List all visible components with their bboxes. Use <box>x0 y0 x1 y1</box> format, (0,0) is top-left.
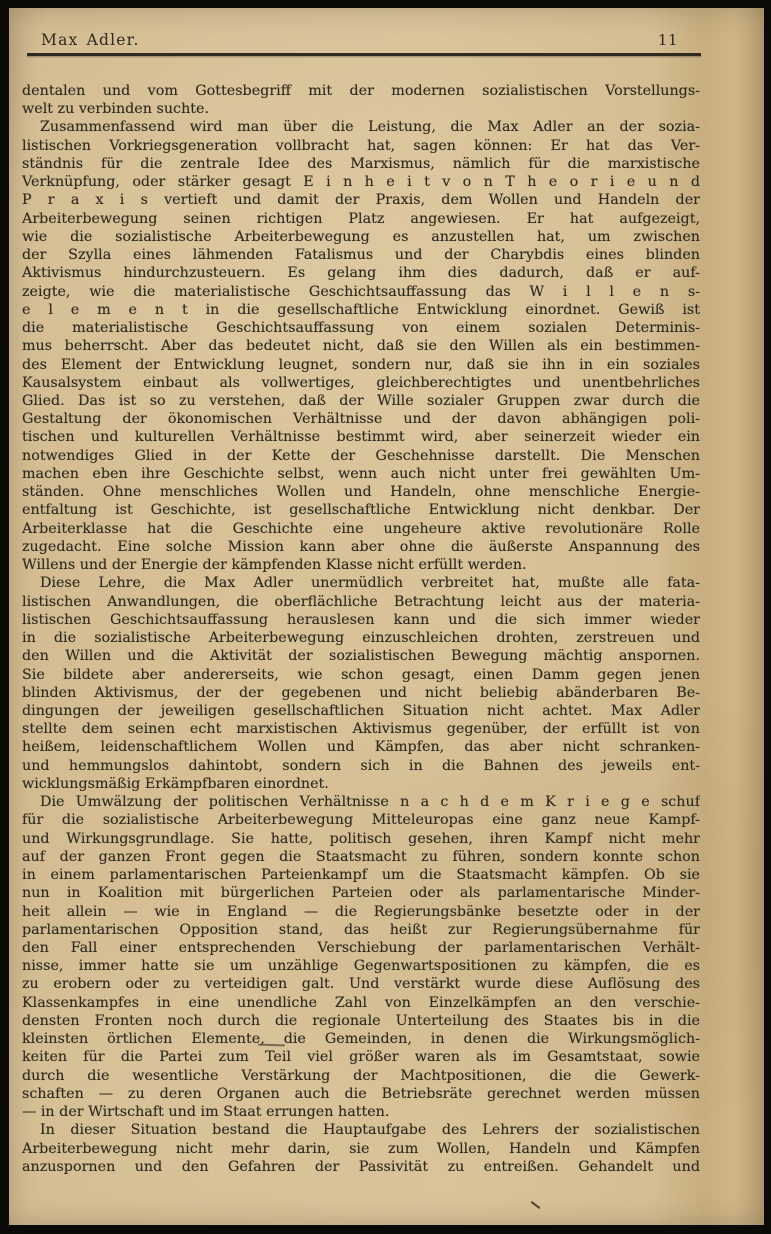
text-line: und Wirkungsgrundlage. Sie hatte, politi… <box>22 830 700 848</box>
text-line: dingungen der jeweiligen gesellschaftlic… <box>22 702 700 720</box>
text-line: — in der Wirtschaft und im Staat errunge… <box>22 1103 700 1121</box>
text-line: welt zu verbinden suchte. <box>22 100 700 118</box>
text-line: Diese Lehre, die Max Adler unermüdlich v… <box>22 574 700 592</box>
page-number: 11 <box>658 31 678 49</box>
text-line: mus beherrscht. Aber das bedeutet nicht,… <box>22 337 700 355</box>
running-title: Max Adler. <box>41 31 140 49</box>
text-line: auf der ganzen Front gegen die Staatsmac… <box>22 848 700 866</box>
paragraph: Zusammenfassend wird man über die Leistu… <box>22 118 700 574</box>
text-line: listischen Anwandlungen, die oberflächli… <box>22 593 700 611</box>
text-line: den Fall einer entsprechenden Verschiebu… <box>22 939 700 957</box>
text-line: machen eben ihre Geschichte selbst, wenn… <box>22 465 700 483</box>
text-line: Arbeiterklasse hat die Geschichte eine u… <box>22 520 700 538</box>
text-line: tischen und kulturellen Verhältnisse bes… <box>22 428 700 446</box>
text-line: entfaltung ist Geschichte, ist gesellsch… <box>22 501 700 519</box>
text-line: heit allein — wie in England — die Regie… <box>22 903 700 921</box>
text-line: ständen. Ohne menschliches Wollen und Ha… <box>22 483 700 501</box>
text-line: den Willen und die Aktivität der soziali… <box>22 647 700 665</box>
text-line: e l e m e n t in die gesellschaftliche E… <box>22 301 700 319</box>
text-line: parlamentarischen Opposition stand, das … <box>22 921 700 939</box>
paragraph: Die Umwälzung der politischen Verhältnis… <box>22 793 700 1121</box>
text-line: densten Fronten noch durch die regionale… <box>22 1012 700 1030</box>
text-line: durch die wesentliche Verstärkung der Ma… <box>22 1067 700 1085</box>
text-line: In dieser Situation bestand die Hauptauf… <box>22 1121 700 1139</box>
text-line: Glied. Das ist so zu verstehen, daß der … <box>22 392 700 410</box>
text-line: anzuspornen und den Gefahren der Passivi… <box>22 1158 700 1176</box>
text-line: Arbeiterbewegung seinen richtigen Platz … <box>22 210 700 228</box>
text-line: Arbeiterbewegung nicht mehr darin, sie z… <box>22 1140 700 1158</box>
paragraph: In dieser Situation bestand die Hauptauf… <box>22 1121 700 1176</box>
text-line: wie die sozialistische Arbeiterbewegung … <box>22 228 700 246</box>
text-line: in die sozialistische Arbeiterbewegung e… <box>22 629 700 647</box>
text-line: des Element der Entwicklung leugnet, son… <box>22 356 700 374</box>
text-line: schaften — zu deren Organen auch die Bet… <box>22 1085 700 1103</box>
text-line: Die Umwälzung der politischen Verhältnis… <box>22 793 700 811</box>
text-line: zugedacht. Eine solche Mission kann aber… <box>22 538 700 556</box>
text-line: zu erobern oder zu verteidigen galt. Und… <box>22 975 700 993</box>
text-line: der Szylla eines lähmenden Fatalismus un… <box>22 246 700 264</box>
text-line: nun in Koalition mit bürgerlichen Partei… <box>22 884 700 902</box>
text-line: Verknüpfung, oder stärker gesagt E i n h… <box>22 173 700 191</box>
page-paper: Max Adler. 11 dentalen und vom Gottesbeg… <box>9 8 764 1225</box>
text-line: Zusammenfassend wird man über die Leistu… <box>22 118 700 136</box>
text-line: keiten für die Partei zum Teil viel größ… <box>22 1048 700 1066</box>
text-line: blinden Aktivismus, der der gegebenen un… <box>22 684 700 702</box>
text-line: listischen Geschichtsauffassung herausle… <box>22 611 700 629</box>
text-line: Klassenkampfes in eine unendliche Zahl v… <box>22 994 700 1012</box>
pen-mark <box>530 1201 540 1209</box>
text-line: P r a x i s vertieft und damit der Praxi… <box>22 191 700 209</box>
text-line: dentalen und vom Gottesbegriff mit der m… <box>22 82 700 100</box>
text-line: Kausalsystem einbaut als vollwertiges, g… <box>22 374 700 392</box>
text-line: listischen Vorkriegsgeneration vollbrach… <box>22 137 700 155</box>
paragraph: dentalen und vom Gottesbegriff mit der m… <box>22 82 700 118</box>
scanned-book-page: Max Adler. 11 dentalen und vom Gottesbeg… <box>0 0 771 1234</box>
text-line: nisse, immer hatte sie um unzählige Gege… <box>22 957 700 975</box>
text-line: Willens und der Energie der kämpfenden K… <box>22 556 700 574</box>
text-line: kleinsten örtlichen Elemente, die Gemein… <box>22 1030 700 1048</box>
text-line: für die sozialistische Arbeiterbewegung … <box>22 811 700 829</box>
text-line: Sie bildete aber andererseits, wie schon… <box>22 666 700 684</box>
text-line: stellte dem seinen echt marxistischen Ak… <box>22 720 700 738</box>
page-body: dentalen und vom Gottesbegriff mit der m… <box>22 82 700 1176</box>
page-header: Max Adler. 11 <box>41 31 678 49</box>
text-line: Gestaltung der ökonomischen Verhältnisse… <box>22 410 700 428</box>
text-line: die materialistische Geschichtsauffassun… <box>22 319 700 337</box>
header-rule <box>27 53 701 56</box>
text-line: und hemmungslos dahintobt, sondern sich … <box>22 757 700 775</box>
paragraph: Diese Lehre, die Max Adler unermüdlich v… <box>22 574 700 793</box>
text-line: Aktivismus hindurchzusteuern. Es gelang … <box>22 264 700 282</box>
text-line: heißem, leidenschaftlichem Wollen und Kä… <box>22 738 700 756</box>
text-line: in einem parlamentarischen Parteienkampf… <box>22 866 700 884</box>
text-line: ständnis für die zentrale Idee des Marxi… <box>22 155 700 173</box>
text-line: notwendiges Glied in der Kette der Gesch… <box>22 447 700 465</box>
text-line: wicklungsmäßig Erkämpfbaren einordnet. <box>22 775 700 793</box>
text-line: zeigte, wie die materialistische Geschic… <box>22 283 700 301</box>
